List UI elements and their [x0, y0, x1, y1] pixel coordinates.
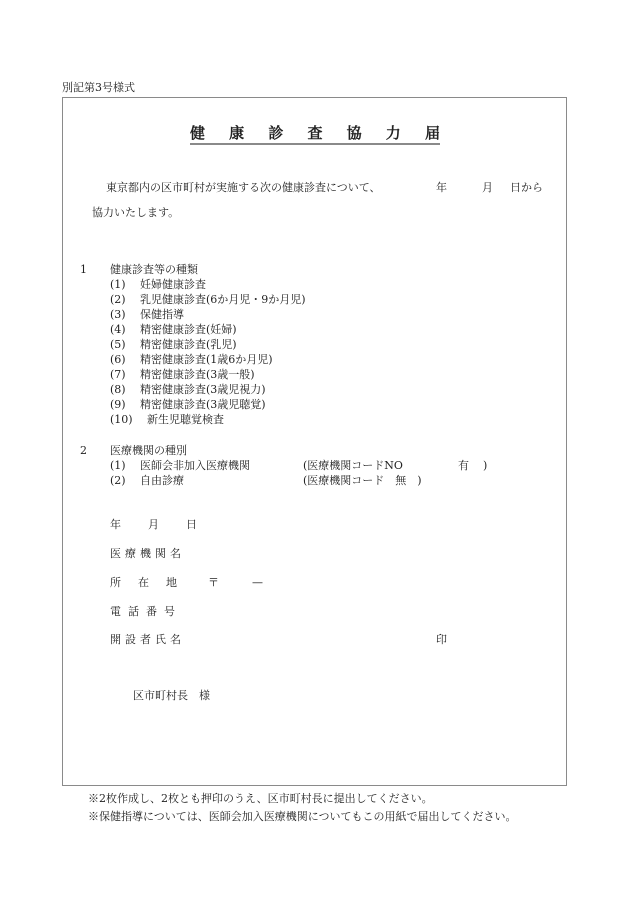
- section1-number: 1: [80, 263, 87, 277]
- exam-type-label: 精密健康診査(3歳児視力): [140, 383, 266, 397]
- footnote: ※保健指導については、医師会加入医療機関についてもこの用紙で届出してください。: [88, 810, 517, 824]
- postal-dash: —: [252, 576, 263, 590]
- institution-type-number: (1): [110, 459, 126, 473]
- exam-type-number: (9): [110, 398, 126, 412]
- exam-type-number: (4): [110, 323, 126, 337]
- exam-type-number: (10): [110, 413, 133, 427]
- exam-type-number: (6): [110, 353, 126, 367]
- title-char: 協: [347, 124, 362, 142]
- exam-type-label: 妊婦健康診査: [140, 278, 206, 292]
- seal-mark: 印: [436, 633, 447, 647]
- intro-month-label: 月: [482, 181, 493, 195]
- phone-label: 電話番号: [110, 605, 182, 619]
- exam-type-number: (8): [110, 383, 126, 397]
- title-char: 康: [229, 124, 244, 142]
- form-number-label: 別記第3号様式: [62, 81, 135, 95]
- date-year-label: 年: [110, 518, 121, 532]
- exam-type-label: 精密健康診査(3歳児聴覚): [140, 398, 266, 412]
- institution-code-label: (医療機関コード 無 ): [303, 474, 422, 488]
- exam-type-label: 精密健康診査(乳児): [140, 338, 237, 352]
- section1-title: 健康診査等の種類: [110, 263, 198, 277]
- intro-text-line1: 東京都内の区市町村が実施する次の健康診査について、: [106, 181, 381, 195]
- section2-title: 医療機関の種別: [110, 444, 187, 458]
- date-month-label: 月: [148, 518, 159, 532]
- date-day-label: 日: [186, 518, 197, 532]
- exam-type-label: 保健指導: [140, 308, 184, 322]
- title-char: 査: [307, 124, 322, 142]
- title-char: 届: [425, 124, 440, 142]
- intro-day-label: 日から: [510, 181, 543, 195]
- exam-type-label: 精密健康診査(妊婦): [140, 323, 237, 337]
- title-char: 診: [268, 124, 283, 142]
- title-char: 健: [190, 124, 205, 142]
- footnote: ※2枚作成し、2枚とも押印のうえ、区市町村長に提出してください。: [88, 792, 433, 806]
- form-title: 健 康 診 査 協 力 届: [190, 124, 440, 145]
- intro-text-line2: 協力いたします。: [92, 206, 179, 220]
- intro-year-label: 年: [436, 181, 447, 195]
- exam-type-number: (2): [110, 293, 126, 307]
- postal-mark: 〒: [208, 576, 219, 590]
- title-char: 力: [386, 124, 401, 142]
- institution-code-label: (医療機関コードNO: [303, 459, 403, 473]
- exam-type-number: (1): [110, 278, 126, 292]
- institution-name-label: 医療機関名: [110, 547, 185, 561]
- exam-type-label: 乳児健康診査(6か月児・9か月児): [140, 293, 306, 307]
- exam-type-number: (5): [110, 338, 126, 352]
- exam-type-number: (3): [110, 308, 126, 322]
- institution-code-close: ): [483, 459, 487, 473]
- addressee: 区市町村長 様: [133, 689, 210, 703]
- institution-type-label: 自由診療: [140, 474, 184, 488]
- exam-type-label: 精密健康診査(1歳6か月児): [140, 353, 273, 367]
- section2-number: 2: [80, 444, 87, 458]
- institution-type-label: 医師会非加入医療機関: [140, 459, 250, 473]
- founder-name-label: 開設者氏名: [110, 633, 185, 647]
- institution-type-number: (2): [110, 474, 126, 488]
- exam-type-label: 精密健康診査(3歳一般): [140, 368, 255, 382]
- exam-type-label: 新生児聴覚検査: [147, 413, 224, 427]
- address-label: 所在地: [110, 576, 194, 590]
- exam-type-number: (7): [110, 368, 126, 382]
- form-frame: [62, 97, 567, 786]
- institution-code-status: 有: [458, 459, 469, 473]
